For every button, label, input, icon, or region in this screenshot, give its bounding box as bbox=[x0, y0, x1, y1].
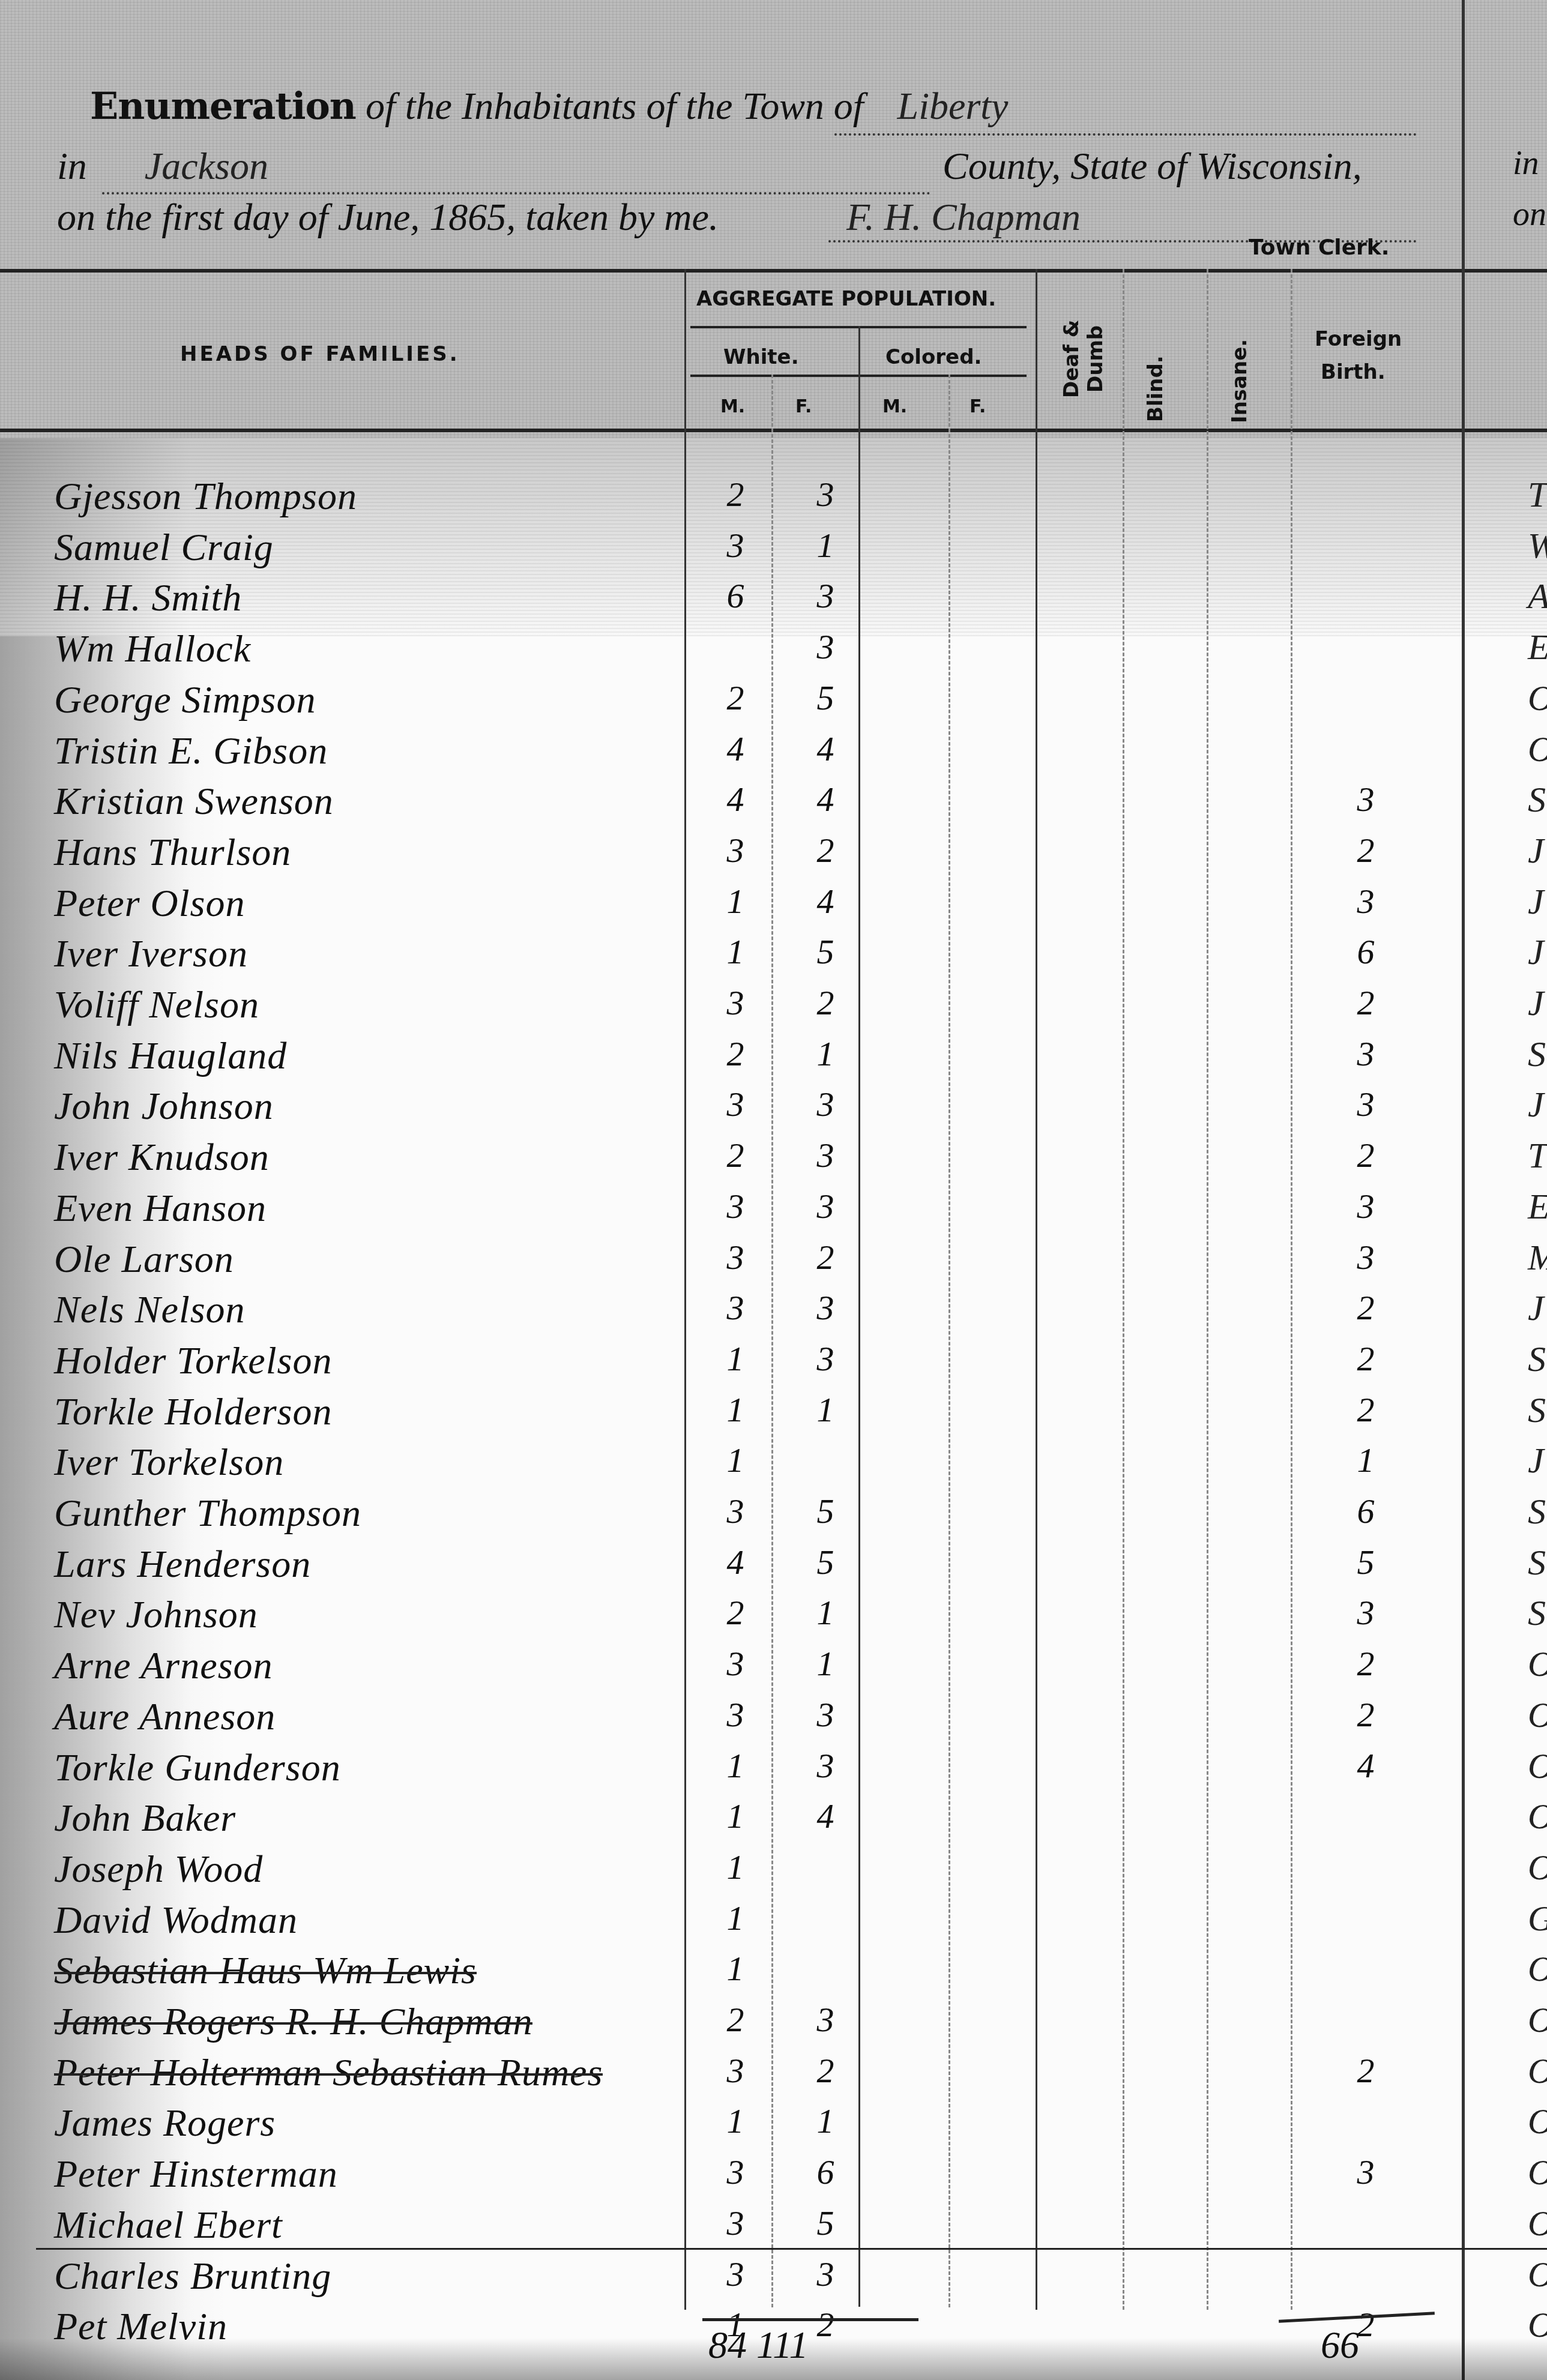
white-female-count: 3 bbox=[801, 2254, 849, 2294]
bottom-rule bbox=[36, 2248, 1547, 2250]
next-page-fragment: W bbox=[1528, 525, 1547, 567]
foreign-birth-count: 2 bbox=[1342, 1339, 1390, 1379]
white-male-count: 1 bbox=[711, 1796, 759, 1836]
foreign-birth-count: 5 bbox=[1342, 1542, 1390, 1582]
white-male-count: 1 bbox=[711, 932, 759, 972]
county-line: in Jackson bbox=[57, 144, 268, 188]
white-female-count: 3 bbox=[801, 1135, 849, 1175]
white-female-count: 3 bbox=[801, 1186, 849, 1226]
table-row: H. H. Smith63A bbox=[0, 576, 1547, 626]
title-line: Enumeration of the Inhabitants of the To… bbox=[90, 84, 1008, 128]
table-row: Holder Torkelson132S bbox=[0, 1339, 1547, 1389]
white-male-count: 3 bbox=[711, 830, 759, 870]
table-row: Joseph Wood1O bbox=[0, 1847, 1547, 1897]
header-top-rule bbox=[0, 269, 1547, 273]
white-female-count: 4 bbox=[801, 729, 849, 769]
table-row: Even Hanson333E bbox=[0, 1186, 1547, 1237]
head-of-family-name: James Rogers bbox=[54, 2101, 276, 2145]
foreign-birth-count: 3 bbox=[1342, 881, 1390, 921]
table-row: Iver Knudson232T bbox=[0, 1135, 1547, 1185]
white-male-count: 3 bbox=[711, 1237, 759, 1277]
white-male-count: 3 bbox=[711, 1084, 759, 1124]
next-page-fragment: J bbox=[1528, 1440, 1544, 1481]
next-page-fragment: S bbox=[1528, 1390, 1546, 1431]
table-row: Voliff Nelson322J bbox=[0, 983, 1547, 1033]
white-female-count: 4 bbox=[801, 779, 849, 819]
table-row: Peter Hinsterman363O bbox=[0, 2152, 1547, 2202]
white-female-count: 3 bbox=[801, 1288, 849, 1328]
head-of-family-name: Gunther Thompson bbox=[54, 1491, 361, 1535]
white-female-count: 3 bbox=[801, 576, 849, 616]
head-of-family-name: Voliff Nelson bbox=[54, 983, 259, 1027]
foreign-birth-count: 3 bbox=[1342, 2152, 1390, 2192]
white-male-count: 3 bbox=[711, 1186, 759, 1226]
white-female-count: 1 bbox=[801, 2101, 849, 2141]
foreign-birth-count: 3 bbox=[1342, 1592, 1390, 1633]
clerk-signature: F. H. Chapman bbox=[846, 195, 1081, 240]
head-of-family-name: James Rogers R. H. Chapman bbox=[54, 1999, 532, 2044]
next-page-fragment: J bbox=[1528, 1288, 1544, 1329]
next-page-fragment: A bbox=[1528, 576, 1547, 617]
white-male-count: 3 bbox=[711, 983, 759, 1023]
white-header: White. bbox=[723, 345, 799, 369]
town-name: Liberty bbox=[897, 85, 1009, 127]
white-male-count: 3 bbox=[711, 1643, 759, 1684]
head-of-family-name: George Simpson bbox=[54, 678, 316, 722]
next-page-fragment: G bbox=[1528, 1898, 1547, 1939]
white-male-count: 1 bbox=[711, 2101, 759, 2141]
white-male-count: 1 bbox=[711, 1847, 759, 1887]
foreign-birth-header-1: Foreign bbox=[1315, 327, 1402, 351]
next-page-fragment: O bbox=[1528, 2152, 1547, 2193]
next-page-fragment: T bbox=[1528, 1135, 1547, 1176]
town-fill-rule bbox=[834, 133, 1417, 136]
title-text: of the Inhabitants of the Town of bbox=[366, 85, 864, 127]
head-of-family-name: Nev Johnson bbox=[54, 1592, 258, 1637]
white-male-count: 2 bbox=[711, 1592, 759, 1633]
white-male-count: 4 bbox=[711, 1542, 759, 1582]
right-fragment-on: on bbox=[1513, 195, 1546, 233]
white-female-count: 4 bbox=[801, 881, 849, 921]
table-row: Peter Olson143J bbox=[0, 881, 1547, 932]
foreign-birth-count: 3 bbox=[1342, 1237, 1390, 1277]
next-page-fragment: O bbox=[1528, 678, 1547, 719]
next-page-fragment: S bbox=[1528, 1592, 1546, 1634]
white-female-count: 5 bbox=[801, 2203, 849, 2243]
foreign-birth-count: 2 bbox=[1342, 2050, 1390, 2091]
white-female-count: 2 bbox=[801, 983, 849, 1023]
foreign-birth-count: 6 bbox=[1342, 1491, 1390, 1531]
white-female-count: 6 bbox=[801, 2152, 849, 2192]
table-row: Wm Hallock3E bbox=[0, 627, 1547, 677]
head-of-family-name: Ole Larson bbox=[54, 1237, 234, 1282]
white-male-count: 2 bbox=[711, 1999, 759, 2040]
table-row: Samuel Craig31W bbox=[0, 525, 1547, 576]
foreign-birth-count: 2 bbox=[1342, 1695, 1390, 1735]
white-female-count: 3 bbox=[801, 1695, 849, 1735]
table-row: Nev Johnson213S bbox=[0, 1592, 1547, 1643]
head-of-family-name: H. H. Smith bbox=[54, 576, 242, 620]
table-row: Sebastian Haus Wm Lewis1O bbox=[0, 1948, 1547, 1999]
table-row: Lars Henderson455S bbox=[0, 1542, 1547, 1592]
head-of-family-name: Charles Brunting bbox=[54, 2254, 331, 2298]
next-page-fragment: O bbox=[1528, 1847, 1547, 1888]
colored-male-header: M. bbox=[882, 396, 907, 417]
date-line: on the first day of June, 1865, taken by… bbox=[57, 195, 719, 240]
white-male-count: 6 bbox=[711, 576, 759, 616]
next-page-fragment: J bbox=[1528, 830, 1544, 872]
table-row: Ole Larson323M bbox=[0, 1237, 1547, 1288]
next-page-fragment: S bbox=[1528, 1339, 1546, 1380]
foreign-birth-count: 4 bbox=[1342, 1746, 1390, 1786]
next-page-fragment: J bbox=[1528, 932, 1544, 973]
colored-header: Colored. bbox=[885, 345, 982, 369]
next-page-fragment: S bbox=[1528, 1491, 1546, 1532]
table-row: Arne Arneson312O bbox=[0, 1643, 1547, 1694]
next-page-fragment: S bbox=[1528, 779, 1546, 821]
table-row: Hans Thurlson322J bbox=[0, 830, 1547, 881]
table-row: Torkle Gunderson134O bbox=[0, 1746, 1547, 1796]
table-row: Gunther Thompson356S bbox=[0, 1491, 1547, 1541]
head-of-family-name: John Johnson bbox=[54, 1084, 274, 1128]
white-male-count: 3 bbox=[711, 1695, 759, 1735]
white-female-count: 3 bbox=[801, 1746, 849, 1786]
head-of-family-name: David Wodman bbox=[54, 1898, 298, 1942]
white-female-count: 4 bbox=[801, 1796, 849, 1836]
town-clerk-label: Town Clerk. bbox=[1249, 235, 1389, 260]
white-female-count: 2 bbox=[801, 2050, 849, 2091]
county-name: Jackson bbox=[145, 145, 268, 187]
next-page-fragment: E bbox=[1528, 1186, 1547, 1228]
deaf-dumb-header: Deaf & Dumb bbox=[1060, 294, 1108, 423]
white-female-count: 1 bbox=[801, 525, 849, 565]
next-page-fragment: O bbox=[1528, 1746, 1547, 1787]
head-of-family-name: Lars Henderson bbox=[54, 1542, 311, 1586]
next-page-fragment: J bbox=[1528, 881, 1544, 923]
head-of-family-name: John Baker bbox=[54, 1796, 236, 1840]
table-row: James Rogers11O bbox=[0, 2101, 1547, 2151]
white-female-count: 3 bbox=[801, 1339, 849, 1379]
white-female-count: 1 bbox=[801, 1034, 849, 1074]
white-female-count: 5 bbox=[801, 1542, 849, 1582]
table-row: David Wodman1G bbox=[0, 1898, 1547, 1948]
white-male-count: 3 bbox=[711, 2254, 759, 2294]
table-row: Aure Anneson332O bbox=[0, 1695, 1547, 1745]
head-of-family-name: Gjesson Thompson bbox=[54, 474, 357, 519]
head-of-family-name: Michael Ebert bbox=[54, 2203, 283, 2247]
foreign-birth-count: 3 bbox=[1342, 1034, 1390, 1074]
white-female-count: 5 bbox=[801, 932, 849, 972]
head-of-family-name: Samuel Craig bbox=[54, 525, 274, 570]
white-male-header: M. bbox=[720, 396, 745, 417]
foreign-birth-count: 2 bbox=[1342, 1643, 1390, 1684]
table-row: Michael Ebert35O bbox=[0, 2203, 1547, 2253]
foreign-birth-count: 2 bbox=[1342, 1288, 1390, 1328]
title-blackletter: Enumeration bbox=[90, 84, 356, 128]
foreign-birth-count: 2 bbox=[1342, 983, 1390, 1023]
next-page-fragment: S bbox=[1528, 1542, 1546, 1583]
white-female-count: 1 bbox=[801, 1390, 849, 1430]
foreign-birth-count: 2 bbox=[1342, 830, 1390, 870]
head-of-family-name: Arne Arneson bbox=[54, 1643, 273, 1688]
white-male-count: 2 bbox=[711, 678, 759, 718]
blind-header: Blind. bbox=[1144, 354, 1168, 423]
header-bottom-rule bbox=[0, 429, 1547, 432]
foreign-birth-count: 3 bbox=[1342, 1084, 1390, 1124]
next-page-fragment: O bbox=[1528, 1796, 1547, 1837]
next-page-fragment: O bbox=[1528, 2203, 1547, 2244]
table-row: George Simpson25O bbox=[0, 678, 1547, 728]
insane-header: Insane. bbox=[1228, 345, 1252, 423]
white-female-count: 2 bbox=[801, 830, 849, 870]
white-male-count: 3 bbox=[711, 2152, 759, 2192]
head-of-family-name: Even Hanson bbox=[54, 1186, 267, 1231]
table-row: Nils Haugland213S bbox=[0, 1034, 1547, 1084]
next-page-fragment: M bbox=[1528, 1237, 1547, 1279]
next-page-fragment: O bbox=[1528, 1695, 1547, 1736]
table-row: Gjesson Thompson23T bbox=[0, 474, 1547, 525]
head-of-family-name: Iver Iverson bbox=[54, 932, 248, 976]
head-of-family-name: Peter Olson bbox=[54, 881, 246, 926]
head-of-family-name: Holder Torkelson bbox=[54, 1339, 332, 1383]
table-row: Peter Holterman Sebastian Rumes322O bbox=[0, 2050, 1547, 2101]
white-male-count: 1 bbox=[711, 1948, 759, 1989]
white-male-count: 1 bbox=[711, 1390, 759, 1430]
white-male-count: 1 bbox=[711, 1746, 759, 1786]
next-page-fragment: T bbox=[1528, 474, 1547, 516]
next-page-fragment: J bbox=[1528, 1084, 1544, 1125]
census-page: Enumeration of the Inhabitants of the To… bbox=[0, 0, 1547, 2380]
white-male-count: 3 bbox=[711, 1288, 759, 1328]
next-page-fragment: J bbox=[1528, 983, 1544, 1024]
foreign-birth-count: 2 bbox=[1342, 1390, 1390, 1430]
white-female-count: 1 bbox=[801, 1643, 849, 1684]
white-male-count: 1 bbox=[711, 1339, 759, 1379]
head-of-family-name: Iver Torkelson bbox=[54, 1440, 284, 1484]
white-female-count: 5 bbox=[801, 1491, 849, 1531]
county-fill-rule bbox=[102, 192, 930, 194]
next-page-fragment: O bbox=[1528, 1948, 1547, 1990]
white-male-count: 1 bbox=[711, 1898, 759, 1938]
white-female-count: 3 bbox=[801, 1999, 849, 2040]
head-of-family-name: Sebastian Haus Wm Lewis bbox=[54, 1948, 477, 1993]
foreign-birth-count: 2 bbox=[1342, 1135, 1390, 1175]
table-row: Iver Iverson156J bbox=[0, 932, 1547, 982]
white-male-count: 2 bbox=[711, 1135, 759, 1175]
next-page-fragment: E bbox=[1528, 627, 1547, 668]
foreign-birth-header-2: Birth. bbox=[1321, 360, 1386, 384]
table-row: Tristin E. Gibson44O bbox=[0, 729, 1547, 779]
head-of-family-name: Torkle Holderson bbox=[54, 1390, 332, 1434]
head-of-family-name: Kristian Swenson bbox=[54, 779, 334, 824]
heads-of-families-header: HEADS OF FAMILIES. bbox=[180, 342, 460, 366]
in-label: in bbox=[57, 145, 87, 187]
foreign-birth-count: 1 bbox=[1342, 1440, 1390, 1480]
colored-female-header: F. bbox=[970, 396, 986, 417]
head-of-family-name: Nels Nelson bbox=[54, 1288, 246, 1332]
white-female-count: 5 bbox=[801, 678, 849, 718]
table-row: John Johnson333J bbox=[0, 1084, 1547, 1134]
white-female-count: 2 bbox=[801, 1237, 849, 1277]
white-female-count: 3 bbox=[801, 474, 849, 514]
foreign-birth-count: 6 bbox=[1342, 932, 1390, 972]
table-row: Kristian Swenson443S bbox=[0, 779, 1547, 830]
table-row: Iver Torkelson11J bbox=[0, 1440, 1547, 1490]
next-page-fragment: O bbox=[1528, 2101, 1547, 2142]
table-row: Torkle Holderson112S bbox=[0, 1390, 1547, 1440]
head-of-family-name: Aure Anneson bbox=[54, 1695, 276, 1739]
white-female-count: 3 bbox=[801, 627, 849, 667]
white-totals-rule bbox=[702, 2318, 918, 2321]
table-row: Charles Brunting33O bbox=[0, 2254, 1547, 2304]
next-page-fragment: S bbox=[1528, 1034, 1546, 1075]
aggregate-population-header: AGGREGATE POPULATION. bbox=[696, 287, 996, 311]
head-of-family-name: Torkle Gunderson bbox=[54, 1746, 341, 1790]
white-male-count: 3 bbox=[711, 2203, 759, 2243]
table-row: Nels Nelson332J bbox=[0, 1288, 1547, 1338]
head-of-family-name: Wm Hallock bbox=[54, 627, 251, 671]
head-of-family-name: Peter Holterman Sebastian Rumes bbox=[54, 2050, 603, 2095]
white-male-count: 3 bbox=[711, 525, 759, 565]
white-female-count: 1 bbox=[801, 1592, 849, 1633]
head-of-family-name: Hans Thurlson bbox=[54, 830, 291, 875]
head-of-family-name: Peter Hinsterman bbox=[54, 2152, 338, 2196]
white-male-count: 4 bbox=[711, 729, 759, 769]
next-page-fragment: O bbox=[1528, 1643, 1547, 1685]
white-male-count: 2 bbox=[711, 1034, 759, 1074]
foreign-birth-count: 3 bbox=[1342, 779, 1390, 819]
table-row: James Rogers R. H. Chapman23O bbox=[0, 1999, 1547, 2050]
white-male-count: 3 bbox=[711, 2050, 759, 2091]
next-page-fragment: O bbox=[1528, 2050, 1547, 2092]
county-suffix: County, State of Wisconsin, bbox=[942, 144, 1362, 188]
next-page-fragment: O bbox=[1528, 1999, 1547, 2041]
white-male-count: 2 bbox=[711, 474, 759, 514]
white-male-count: 4 bbox=[711, 779, 759, 819]
head-of-family-name: Joseph Wood bbox=[54, 1847, 263, 1891]
head-of-family-name: Tristin E. Gibson bbox=[54, 729, 328, 773]
white-female-header: F. bbox=[795, 396, 812, 417]
next-page-fragment: O bbox=[1528, 729, 1547, 770]
head-of-family-name: Iver Knudson bbox=[54, 1135, 270, 1179]
scan-bottom-shading bbox=[0, 2338, 1547, 2380]
next-page-fragment: O bbox=[1528, 2254, 1547, 2295]
white-male-count: 1 bbox=[711, 881, 759, 921]
foreign-birth-count: 3 bbox=[1342, 1186, 1390, 1226]
white-male-count: 3 bbox=[711, 1491, 759, 1531]
right-fragment-in: in bbox=[1513, 144, 1539, 182]
white-female-count: 3 bbox=[801, 1084, 849, 1124]
head-of-family-name: Nils Haugland bbox=[54, 1034, 287, 1078]
table-row: John Baker14O bbox=[0, 1796, 1547, 1846]
white-male-count: 1 bbox=[711, 1440, 759, 1480]
